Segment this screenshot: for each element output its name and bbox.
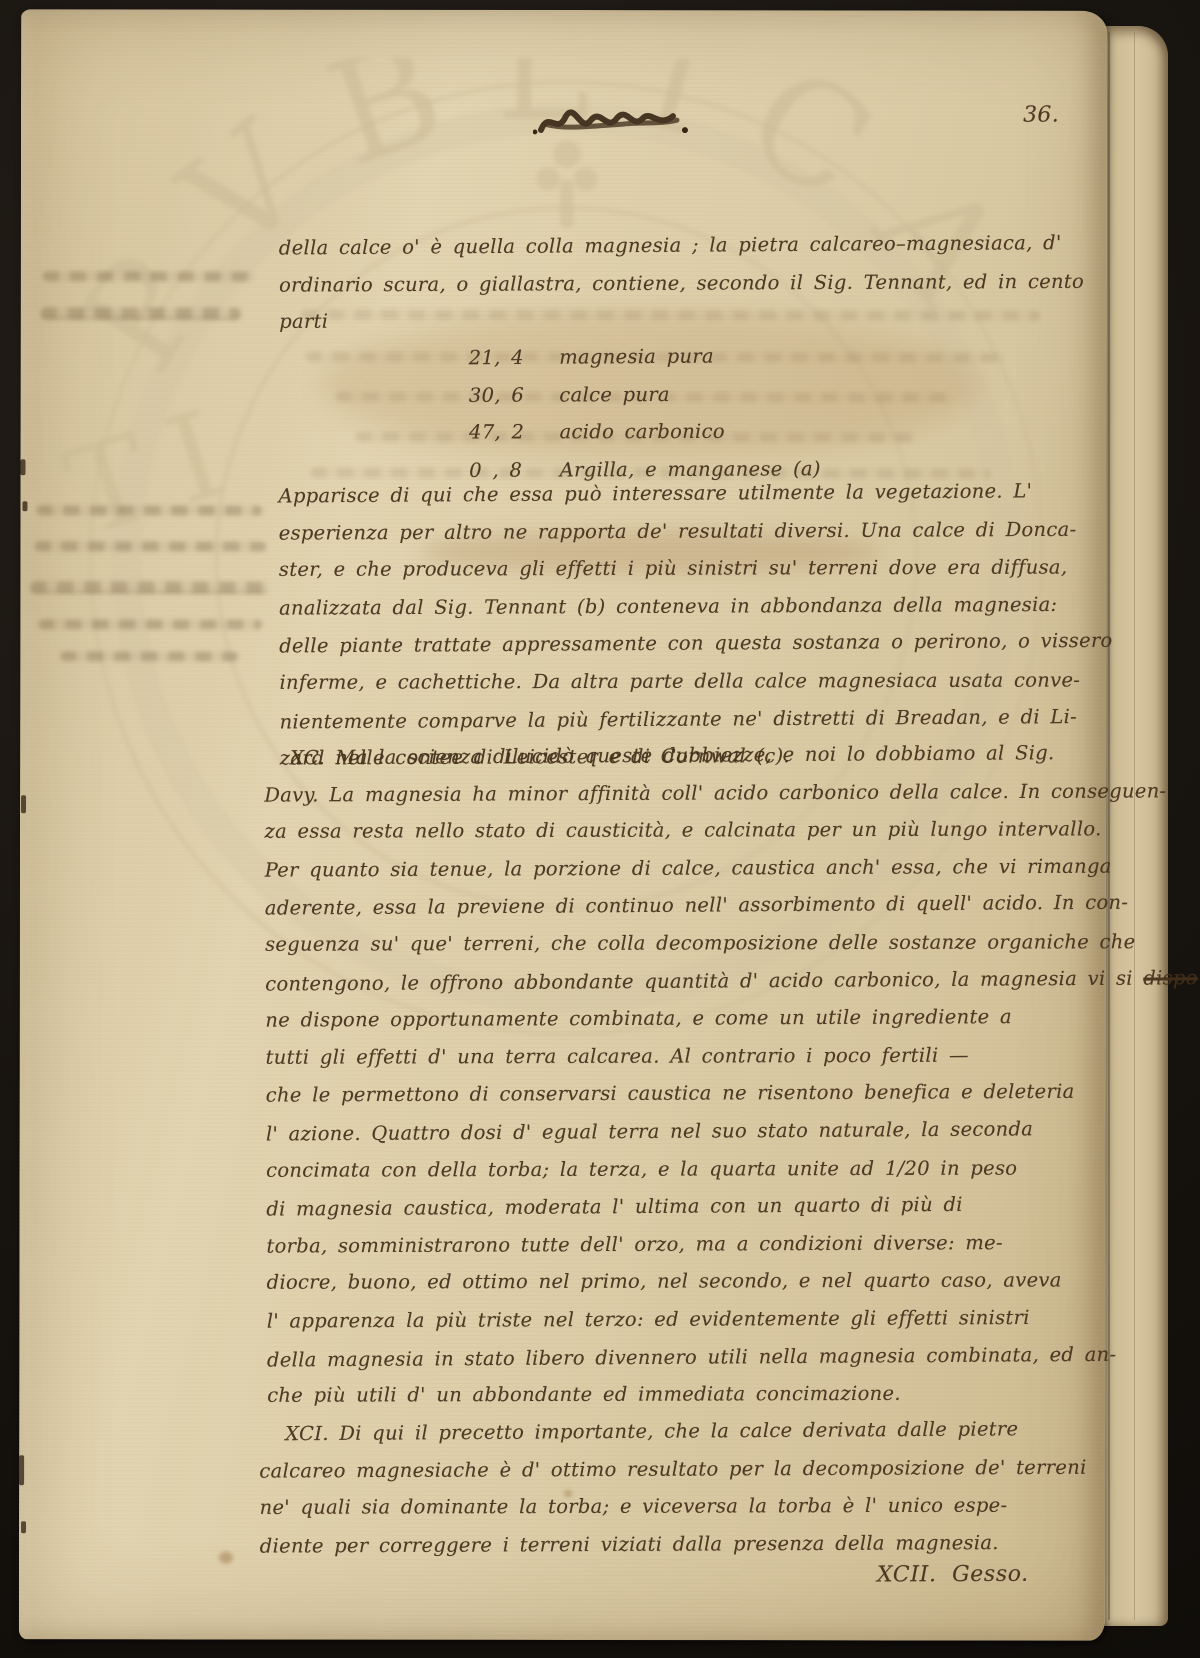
manuscript-line: za essa resta nello stato di causticità,…: [264, 817, 1197, 857]
manuscript-line: calcareo magnesiache è d' ottimo resulta…: [259, 1455, 1086, 1496]
manuscript-line: di magnesia caustica, moderata l' ultima…: [266, 1191, 1199, 1235]
manuscript-line: Per quanto sia tenue, la porzione di cal…: [265, 854, 1198, 896]
manuscript-line: della calce o' è quella colla magnesia ;…: [279, 231, 1084, 274]
edge-ink-mark: [20, 459, 25, 475]
paragraph-1: della calce o' è quella colla magnesia ;…: [279, 232, 1085, 349]
manuscript-line: contengono, le offrono abbondante quanti…: [265, 966, 1198, 1010]
bleed-through-line: [43, 271, 255, 281]
manuscript-line: XC. Ma la scienza dilucidò queste dubbie…: [264, 740, 1197, 784]
bleed-through-line: [41, 307, 241, 319]
list-item: 47, 2 acido carbonico: [469, 420, 821, 459]
bleed-through-line: [30, 581, 268, 593]
list-label: magnesia pura: [559, 345, 714, 369]
manuscript-line: Davy. La magnesia ha minor affinità coll…: [264, 779, 1197, 821]
manuscript-line: delle piante trattate appressamente con …: [279, 629, 1113, 672]
manuscript-line: l' azione. Quattro dosi d' egual terra n…: [266, 1116, 1199, 1160]
manuscript-line: concimata con della torba; la terza, e l…: [266, 1156, 1199, 1196]
list-value: 30, 6: [469, 383, 549, 406]
list-value: 47, 2: [469, 421, 549, 444]
list-label: acido carbonico: [560, 420, 725, 443]
folio-number: 36.: [1023, 102, 1059, 127]
bleed-through-line: [34, 541, 266, 551]
list-item: 30, 6 calce pura: [469, 382, 821, 421]
seal-finial-ornament-icon: [536, 140, 598, 228]
manuscript-line: che più utili d' un abbondante ed immedi…: [267, 1381, 1200, 1421]
manuscript-line: XCI. Di qui il precetto importante, che …: [259, 1417, 1086, 1460]
bleed-through-line: [38, 619, 262, 629]
manuscript-page: PVBLICA TI: [19, 9, 1107, 1641]
bleed-through-line: [60, 651, 238, 661]
line-text: contengono, le offrono abbondante quanti…: [265, 966, 1143, 995]
edge-ink-mark: [22, 501, 27, 511]
list-value: 21, 4: [469, 346, 549, 370]
list-label: Argilla, e manganese (a): [560, 457, 821, 481]
paragraph-2: Apparisce di qui che essa può interessar…: [278, 480, 1113, 785]
manuscript-line: tutti gli effetti d' una terra calcarea.…: [266, 1043, 1199, 1083]
bleed-through-line: [36, 505, 262, 515]
manuscript-line: della magnesia in stato libero divennero…: [267, 1342, 1200, 1386]
edge-ink-mark: [21, 795, 26, 813]
list-item: 21, 4 magnesia pura: [469, 344, 821, 384]
list-value: 0 , 8: [469, 458, 549, 481]
manuscript-line: ordinario scura, o giallastra, contiene,…: [279, 269, 1084, 310]
manuscript-line: diocre, buono, ed ottimo nel primo, nel …: [267, 1268, 1200, 1308]
manuscript-line: ne dispone opportunamente combinata, e c…: [265, 1004, 1198, 1046]
manuscript-line: torba, somministrarono tutte dell' orzo,…: [266, 1230, 1199, 1272]
section-xci: XCI. Di qui il precetto importante, che …: [259, 1418, 1087, 1572]
struck-out-title-scribble: [533, 100, 693, 144]
section-xc: XC. Ma la scienza dilucidò queste dubbie…: [264, 741, 1200, 1422]
manuscript-line: Apparisce di qui che essa può interessar…: [278, 479, 1112, 522]
list-label: calce pura: [559, 383, 670, 407]
manuscript-line: che le permettono di conservarsi caustic…: [266, 1080, 1199, 1122]
edge-ink-mark: [21, 1521, 26, 1533]
manuscript-line: ster, e che produceva gli effetti i più …: [279, 556, 1112, 596]
edge-ink-mark: [19, 1455, 24, 1485]
manuscript-scan: PVBLICA TI: [0, 0, 1200, 1658]
manuscript-line: seguenza su' que' terreni, che colla dec…: [265, 930, 1198, 970]
watermark-left-text: TI: [51, 377, 265, 564]
manuscript-line: l' apparenza la più triste nel terzo: ed…: [267, 1305, 1200, 1347]
manuscript-line: analizzata dal Sig. Tennant (b) contenev…: [279, 592, 1113, 634]
manuscript-line: esperienza per altro ne rapporta de' res…: [279, 517, 1113, 559]
manuscript-line: inferme, e cachettiche. Da altra parte d…: [279, 668, 1112, 708]
manuscript-line: ne' quali sia dominante la torba; e vice…: [260, 1494, 1087, 1534]
manuscript-line: parti: [279, 308, 1084, 348]
composition-list: 21, 4 magnesia pura 30, 6 calce pura 47,…: [469, 344, 821, 496]
paper-stain: [219, 1552, 233, 1564]
manuscript-line: aderente, essa la previene di continuo n…: [265, 891, 1198, 935]
next-section-catchword: XCII. Gesso.: [877, 1562, 1029, 1588]
struck-word: dispo: [1143, 966, 1198, 989]
